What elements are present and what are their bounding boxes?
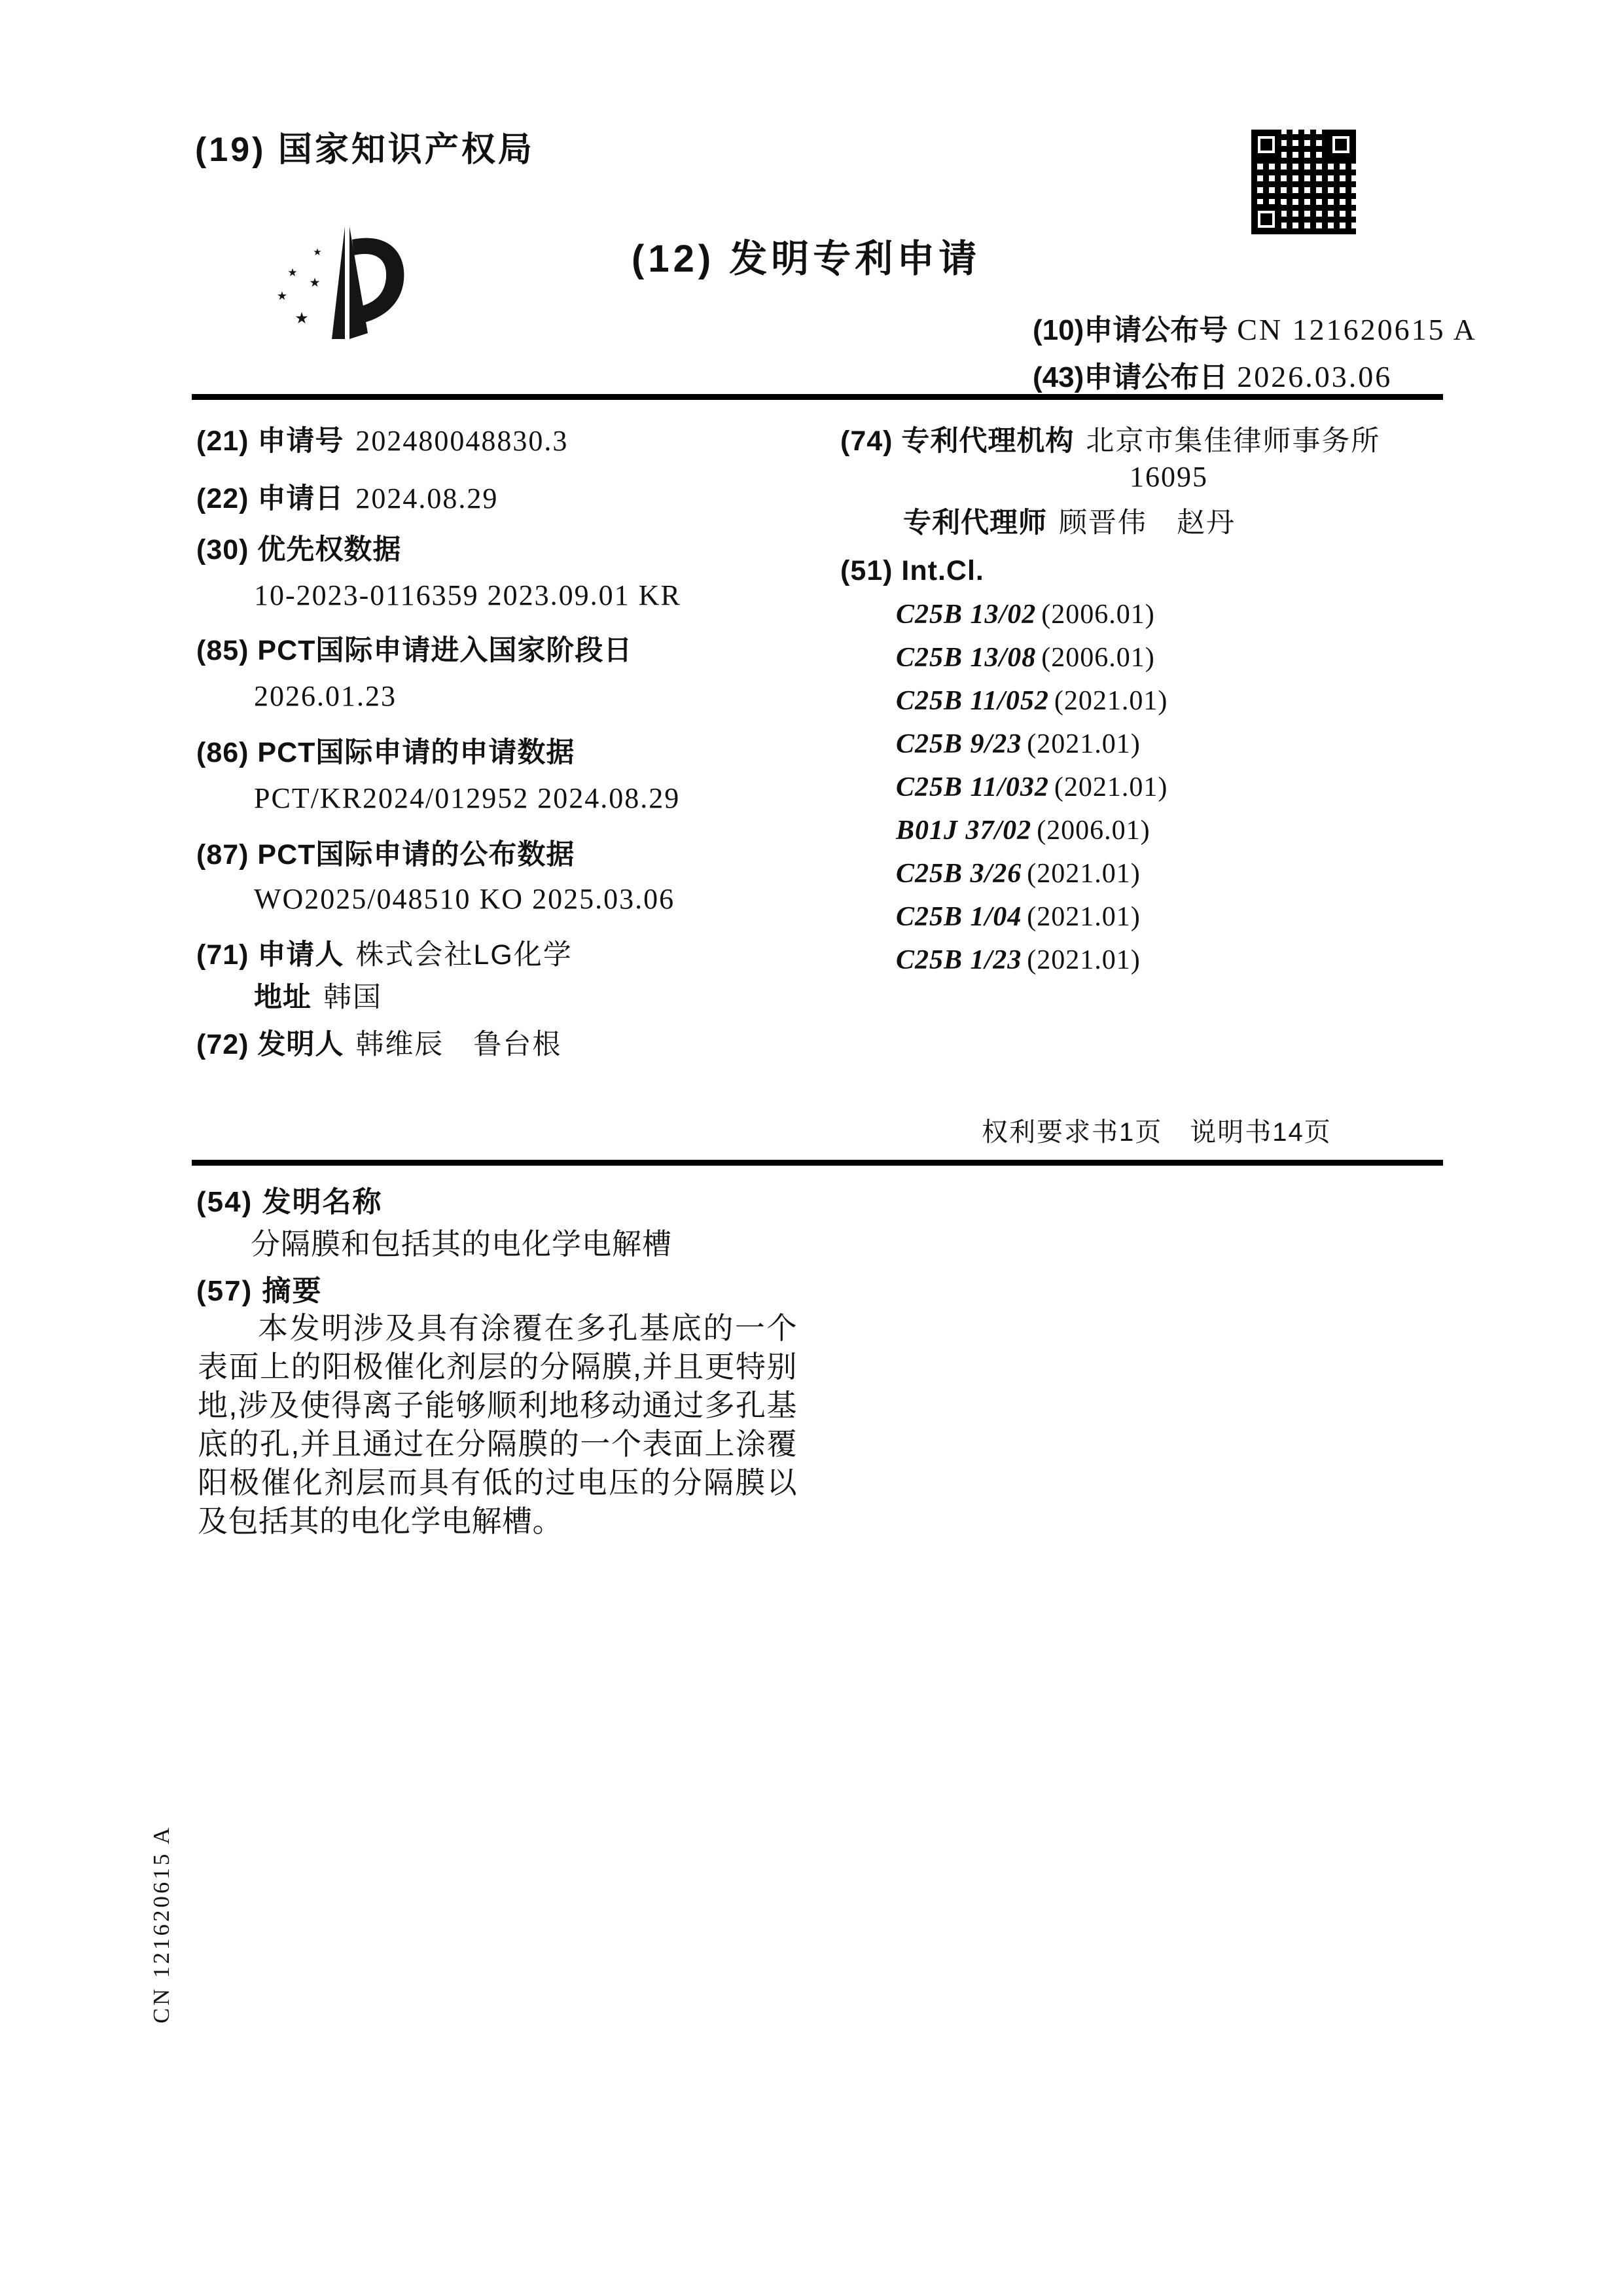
office-name: (19) 国家知识产权局: [195, 122, 535, 171]
pct-publication-label: (87) PCT国际申请的公布数据: [196, 839, 575, 870]
int-cl-entry: C25B 11/032(2021.01): [896, 772, 1168, 803]
pct-application-value: PCT/KR2024/012952 2024.08.29: [254, 781, 680, 815]
int-cl-entry: C25B 3/26(2021.01): [896, 858, 1141, 889]
int-cl-entry: C25B 11/052(2021.01): [896, 685, 1168, 717]
applicant-value: 株式会社LG化学: [355, 939, 572, 971]
publication-date-label: (43)申请公布日: [1033, 361, 1228, 393]
sidebar-doc-id: CN 121620615 A: [149, 1825, 175, 2024]
cnipa-logo-icon: ★ ★ ★ ★ ★: [272, 224, 422, 345]
doc-type-title: (12) 发明专利申请: [632, 228, 980, 283]
svg-text:★: ★: [294, 309, 309, 327]
application-date-row: (22) 申请日2024.08.29: [196, 476, 498, 516]
pct-publication-value: WO2025/048510 KO 2025.03.06: [254, 882, 675, 916]
publication-number-label: (10)申请公布号: [1033, 314, 1228, 346]
priority-data-label: (30) 优先权数据: [196, 534, 401, 565]
application-number-row: (21) 申请号202480048830.3: [196, 419, 568, 459]
application-number-label: (21) 申请号: [196, 425, 344, 457]
publication-date-value: 2026.03.06: [1237, 360, 1392, 393]
abstract-label: (57) 摘要: [196, 1267, 322, 1309]
int-cl-row: (51) Int.Cl.: [840, 555, 984, 587]
agency-row: (74) 专利代理机构北京市集佳律师事务所: [840, 419, 1380, 459]
inventors-value: 韩维辰 鲁台根: [355, 1029, 562, 1060]
agency-value: 北京市集佳律师事务所: [1086, 425, 1380, 457]
int-cl-label: (51) Int.Cl.: [840, 555, 984, 586]
pct-application-row: (86) PCT国际申请的申请数据: [196, 730, 575, 770]
application-date-label: (22) 申请日: [196, 483, 344, 514]
priority-data-row: (30) 优先权数据: [196, 528, 401, 567]
agency-label: (74) 专利代理机构: [840, 425, 1074, 457]
int-cl-entry: C25B 13/02(2006.01): [896, 599, 1155, 630]
invention-title: 分隔膜和包括其的电化学电解槽: [251, 1220, 672, 1263]
int-cl-entry: C25B 13/08(2006.01): [896, 642, 1155, 673]
svg-text:★: ★: [287, 266, 297, 279]
address-value: 韩国: [323, 982, 382, 1013]
pct-national-entry-row: (85) PCT国际申请进入国家阶段日: [196, 628, 632, 668]
application-number-value: 202480048830.3: [355, 425, 568, 457]
publication-number: (10)申请公布号CN 121620615 A: [1033, 306, 1477, 348]
svg-text:★: ★: [309, 276, 320, 290]
int-cl-entry: C25B 1/23(2021.01): [896, 944, 1141, 976]
header-divider: [192, 394, 1443, 400]
pagination-info: 权利要求书1页 说明书14页: [982, 1111, 1332, 1149]
pct-application-label: (86) PCT国际申请的申请数据: [196, 737, 575, 768]
qr-finder-icon: [1251, 130, 1281, 160]
inventors-row: (72) 发明人韩维辰 鲁台根: [196, 1022, 562, 1062]
applicant-row: (71) 申请人株式会社LG化学: [196, 933, 573, 973]
abstract-text: 本发明涉及具有涂覆在多孔基底的一个表面上的阳极催化剂层的分隔膜,并且更特别地,涉…: [198, 1309, 797, 1541]
svg-text:★: ★: [277, 289, 287, 303]
agent-label: 专利代理师: [903, 507, 1047, 539]
priority-data-value: 10-2023-0116359 2023.09.01 KR: [254, 579, 681, 612]
pct-publication-row: (87) PCT国际申请的公布数据: [196, 833, 575, 872]
patent-cover-page: (19) 国家知识产权局 ★ ★ ★ ★ ★ (12) 发明专利申请 (10)申…: [0, 0, 1623, 2296]
invention-title-label: (54) 发明名称: [196, 1178, 382, 1220]
int-cl-entry: C25B 9/23(2021.01): [896, 728, 1141, 760]
int-cl-entry: C25B 1/04(2021.01): [896, 901, 1141, 933]
agency-code: 16095: [1130, 460, 1208, 493]
int-cl-entry: B01J 37/02(2006.01): [896, 815, 1150, 846]
applicant-address-row: 地址韩国: [254, 975, 382, 1015]
qr-finder-icon: [1326, 130, 1356, 160]
publication-date: (43)申请公布日2026.03.06: [1033, 353, 1392, 395]
applicant-label: (71) 申请人: [196, 939, 344, 971]
agents-row: 专利代理师顾晋伟 赵丹: [903, 501, 1236, 541]
svg-text:★: ★: [313, 246, 321, 258]
inventors-label: (72) 发明人: [196, 1029, 344, 1060]
qr-finder-icon: [1251, 204, 1281, 234]
agents-value: 顾晋伟 赵丹: [1059, 507, 1236, 539]
application-date-value: 2024.08.29: [355, 482, 498, 514]
qr-code-icon: [1251, 130, 1356, 234]
pct-national-entry-label: (85) PCT国际申请进入国家阶段日: [196, 635, 632, 666]
pct-national-entry-value: 2026.01.23: [254, 679, 397, 713]
address-label: 地址: [254, 982, 312, 1013]
publication-number-value: CN 121620615 A: [1237, 313, 1477, 346]
section-divider: [192, 1160, 1443, 1166]
